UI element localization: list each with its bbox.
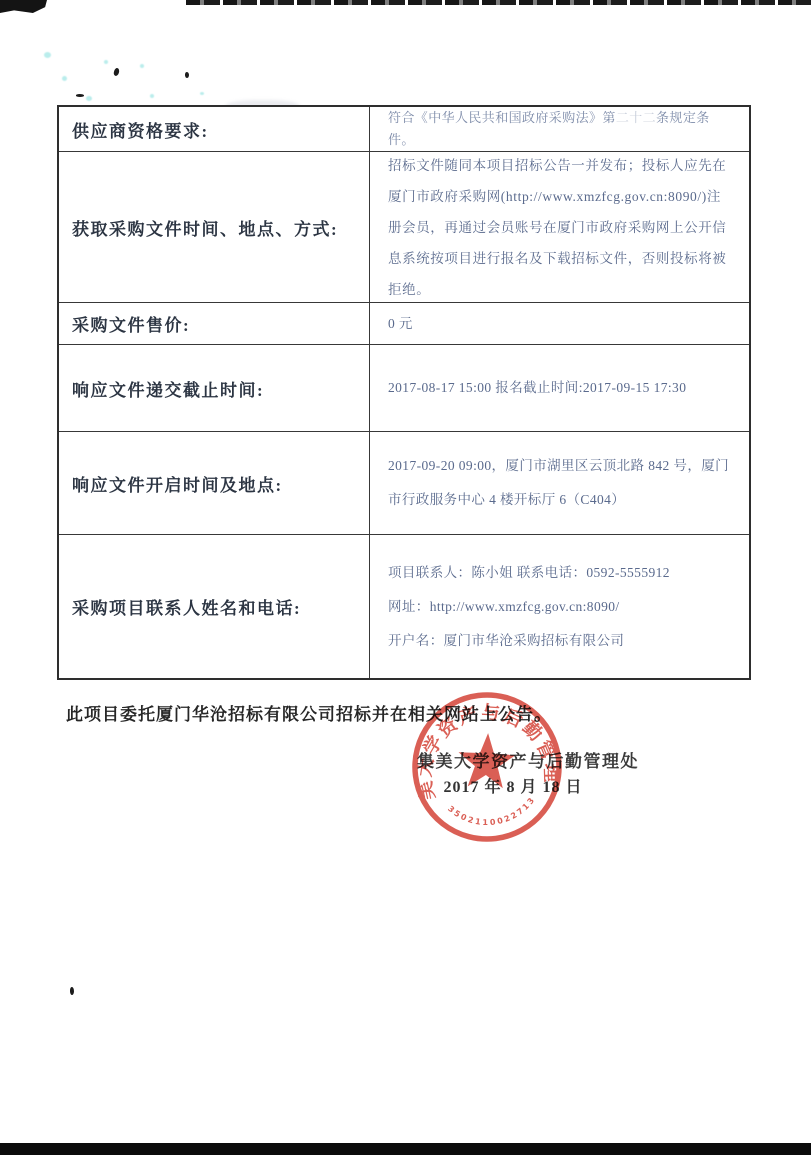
row-value: 招标文件随同本项目招标公告一并发布；投标人应先在厦门市政府采购网(http://… <box>370 152 749 302</box>
qualification-pre: 符合《中华人民共和国政府采购法》第 <box>388 110 616 125</box>
table-row: 采购项目联系人姓名和电话: 项目联系人：陈小姐 联系电话：0592-555591… <box>59 535 749 678</box>
scan-ink-dot <box>113 67 120 76</box>
row-label: 采购文件售价: <box>59 303 370 344</box>
deadline-text: 2017-08-17 15:00 报名截止时间:2017-09-15 17:30 <box>388 377 735 399</box>
opening-time-place-text: 2017-09-20 09:00，厦门市湖里区云顶北路 842 号，厦门市行政服… <box>388 449 735 517</box>
seal-star <box>457 732 517 789</box>
website-line: 网址：http://www.xmzfcg.gov.cn:8090/ <box>388 590 735 624</box>
scan-ink-dot <box>185 72 189 78</box>
row-label: 响应文件递交截止时间: <box>59 345 370 431</box>
row-value: 0 元 <box>370 303 749 344</box>
row-value: 符合《中华人民共和国政府采购法》第二十二条规定条件。 <box>370 107 749 151</box>
scan-speck <box>150 94 154 98</box>
scan-ink-dash <box>76 94 84 97</box>
scanned-document-page: 供应商资格要求: 符合《中华人民共和国政府采购法》第二十二条规定条件。 获取采购… <box>0 0 811 1155</box>
procurement-info-table: 供应商资格要求: 符合《中华人民共和国政府采购法》第二十二条规定条件。 获取采购… <box>57 105 751 680</box>
scan-speck <box>104 60 108 64</box>
table-row: 响应文件开启时间及地点: 2017-09-20 09:00，厦门市湖里区云顶北路… <box>59 432 749 535</box>
row-value: 2017-08-17 15:00 报名截止时间:2017-09-15 17:30 <box>370 345 749 431</box>
price-text: 0 元 <box>388 313 735 335</box>
scan-artifact-corner-blob <box>0 0 47 13</box>
row-value: 项目联系人：陈小姐 联系电话：0592-5555912 网址：http://ww… <box>370 535 749 678</box>
scan-artifact-top-edge <box>186 0 811 5</box>
contact-person-line: 项目联系人：陈小姐 联系电话：0592-5555912 <box>388 556 735 590</box>
scan-speck <box>140 64 144 68</box>
scan-speck <box>200 92 204 95</box>
table-row: 采购文件售价: 0 元 <box>59 303 749 345</box>
row-value: 2017-09-20 09:00，厦门市湖里区云顶北路 842 号，厦门市行政服… <box>370 432 749 534</box>
obtain-documents-text: 招标文件随同本项目招标公告一并发布；投标人应先在厦门市政府采购网(http://… <box>388 150 735 305</box>
table-row: 供应商资格要求: 符合《中华人民共和国政府采购法》第二十二条规定条件。 <box>59 107 749 152</box>
scan-speck <box>86 96 92 101</box>
account-name-line: 开户名：厦门市华沧采购招标有限公司 <box>388 624 735 658</box>
scan-artifact-bottom-edge <box>0 1143 811 1155</box>
scan-ink-dot <box>70 987 74 995</box>
table-row: 响应文件递交截止时间: 2017-08-17 15:00 报名截止时间:2017… <box>59 345 749 432</box>
row-label: 响应文件开启时间及地点: <box>59 432 370 534</box>
row-label: 采购项目联系人姓名和电话: <box>59 535 370 678</box>
row-label: 获取采购文件时间、地点、方式: <box>59 152 370 302</box>
scan-speck <box>44 52 51 58</box>
seal-graphic: 集美大学资产与后勤管理处 3502110022713 <box>409 689 565 845</box>
row-label: 供应商资格要求: <box>59 107 370 151</box>
table-row: 获取采购文件时间、地点、方式: 招标文件随同本项目招标公告一并发布；投标人应先在… <box>59 152 749 303</box>
qualification-faint: 二十二 <box>616 110 656 125</box>
official-seal: 集美大学资产与后勤管理处 3502110022713 <box>409 689 565 845</box>
qualification-text: 符合《中华人民共和国政府采购法》第二十二条规定条件。 <box>388 107 735 151</box>
scan-speck <box>62 76 67 81</box>
